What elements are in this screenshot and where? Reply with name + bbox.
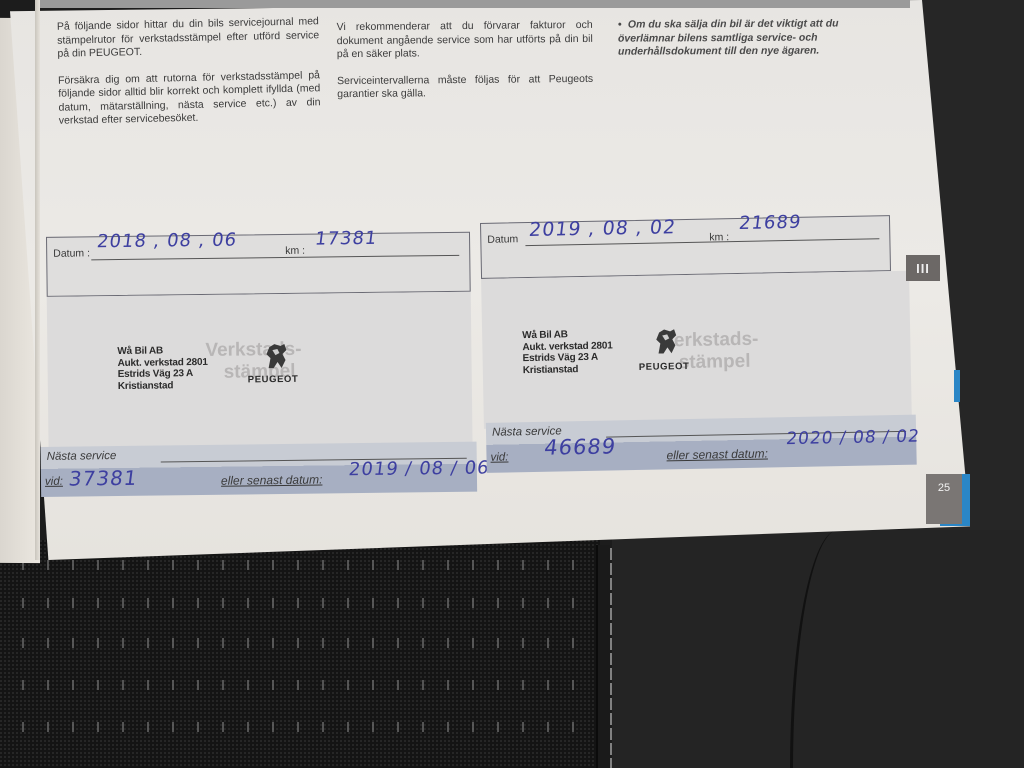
- intro-paragraph: Serviceintervallerna måste följas för at…: [337, 72, 593, 101]
- intro-paragraph: Försäkra dig om att rutorna för verkstad…: [58, 69, 321, 128]
- next-service-box: Nästa service vid: 37381 eller senast da…: [41, 442, 478, 497]
- latest-date-label: eller senast datum:: [221, 473, 323, 488]
- date-mileage-box: Datum : 2018 , 08 , 06 km : 17381: [46, 232, 471, 297]
- handwritten-date: 2019 , 08 , 02: [528, 216, 678, 241]
- intro-paragraph: Om du ska sälja din bil är det viktigt a…: [618, 17, 839, 57]
- seat-perforated-fabric: [0, 540, 600, 768]
- handwritten-next-date: 2020 / 08 / 02: [785, 427, 921, 450]
- handwritten-next-km: 46689: [543, 434, 618, 459]
- intro-paragraph: Vi rekommenderar att du förvarar fakturo…: [337, 19, 593, 62]
- handwritten-km: 17381: [314, 228, 379, 250]
- edge-index-marker: [954, 370, 960, 402]
- peugeot-lion-icon: [650, 327, 681, 356]
- intro-column-3: •Om du ska sälja din bil är det viktigt …: [618, 17, 868, 72]
- chapter-tab: III: [906, 255, 940, 281]
- service-entry-2: Datum 2019 , 08 , 02 km : 21689 Verkstad…: [478, 215, 921, 493]
- peugeot-lion-icon: [260, 342, 290, 370]
- handwritten-km: 21689: [738, 212, 803, 234]
- service-entry-1: Datum : 2018 , 08 , 06 km : 17381 Verkst…: [36, 232, 479, 507]
- workshop-stamp: Wå Bil AB Aukt. verkstad 2801 Estrids Vä…: [117, 345, 208, 392]
- vid-label: vid:: [490, 451, 508, 463]
- stamp-city: Kristianstad: [118, 379, 208, 392]
- intro-column-2: Vi rekommenderar att du förvarar fakturo…: [337, 19, 594, 115]
- date-mileage-box: Datum 2019 , 08 , 02 km : 21689: [480, 215, 891, 279]
- km-label: km :: [285, 245, 305, 257]
- vid-label: vid:: [45, 476, 63, 488]
- stamp-city: Kristianstad: [523, 363, 613, 376]
- latest-date-label: eller senast datum:: [666, 446, 768, 462]
- next-service-box: Nästa service vid: 46689 eller senast da…: [486, 415, 917, 473]
- bullet-icon: •: [618, 19, 628, 33]
- date-label: Datum: [487, 233, 518, 246]
- workshop-stamp-area: Verkstads- stämpel Wå Bil AB Aukt. verks…: [481, 271, 912, 429]
- handwritten-next-date: 2019 / 08 / 06: [348, 457, 491, 480]
- page-number: 25: [926, 474, 962, 524]
- stamp-brand: PEUGEOT: [248, 374, 299, 386]
- edge-index-marker: [962, 474, 970, 526]
- km-label: km :: [709, 231, 729, 243]
- stamp-brand: PEUGEOT: [639, 361, 690, 373]
- workshop-stamp: Wå Bil AB Aukt. verkstad 2801 Estrids Vä…: [522, 328, 613, 376]
- seat-seam: [596, 545, 610, 768]
- intro-column-1: På följande sidor hittar du din bils ser…: [57, 15, 321, 141]
- page-top-edge: [40, 0, 910, 8]
- next-service-label: Nästa service: [47, 450, 117, 463]
- stamp-authorization: Aukt. verkstad 2801: [117, 356, 207, 369]
- intro-paragraph: På följande sidor hittar du din bils ser…: [57, 15, 320, 61]
- handwritten-next-km: 37381: [67, 466, 139, 491]
- handwritten-date: 2018 , 08 , 06: [96, 230, 239, 253]
- date-label: Datum :: [53, 247, 90, 259]
- workshop-stamp-area: Verkstads- stämpel Wå Bil AB Aukt. verks…: [47, 292, 473, 457]
- stamp-authorization: Aukt. verkstad 2801: [522, 340, 612, 353]
- date-line: [91, 255, 459, 260]
